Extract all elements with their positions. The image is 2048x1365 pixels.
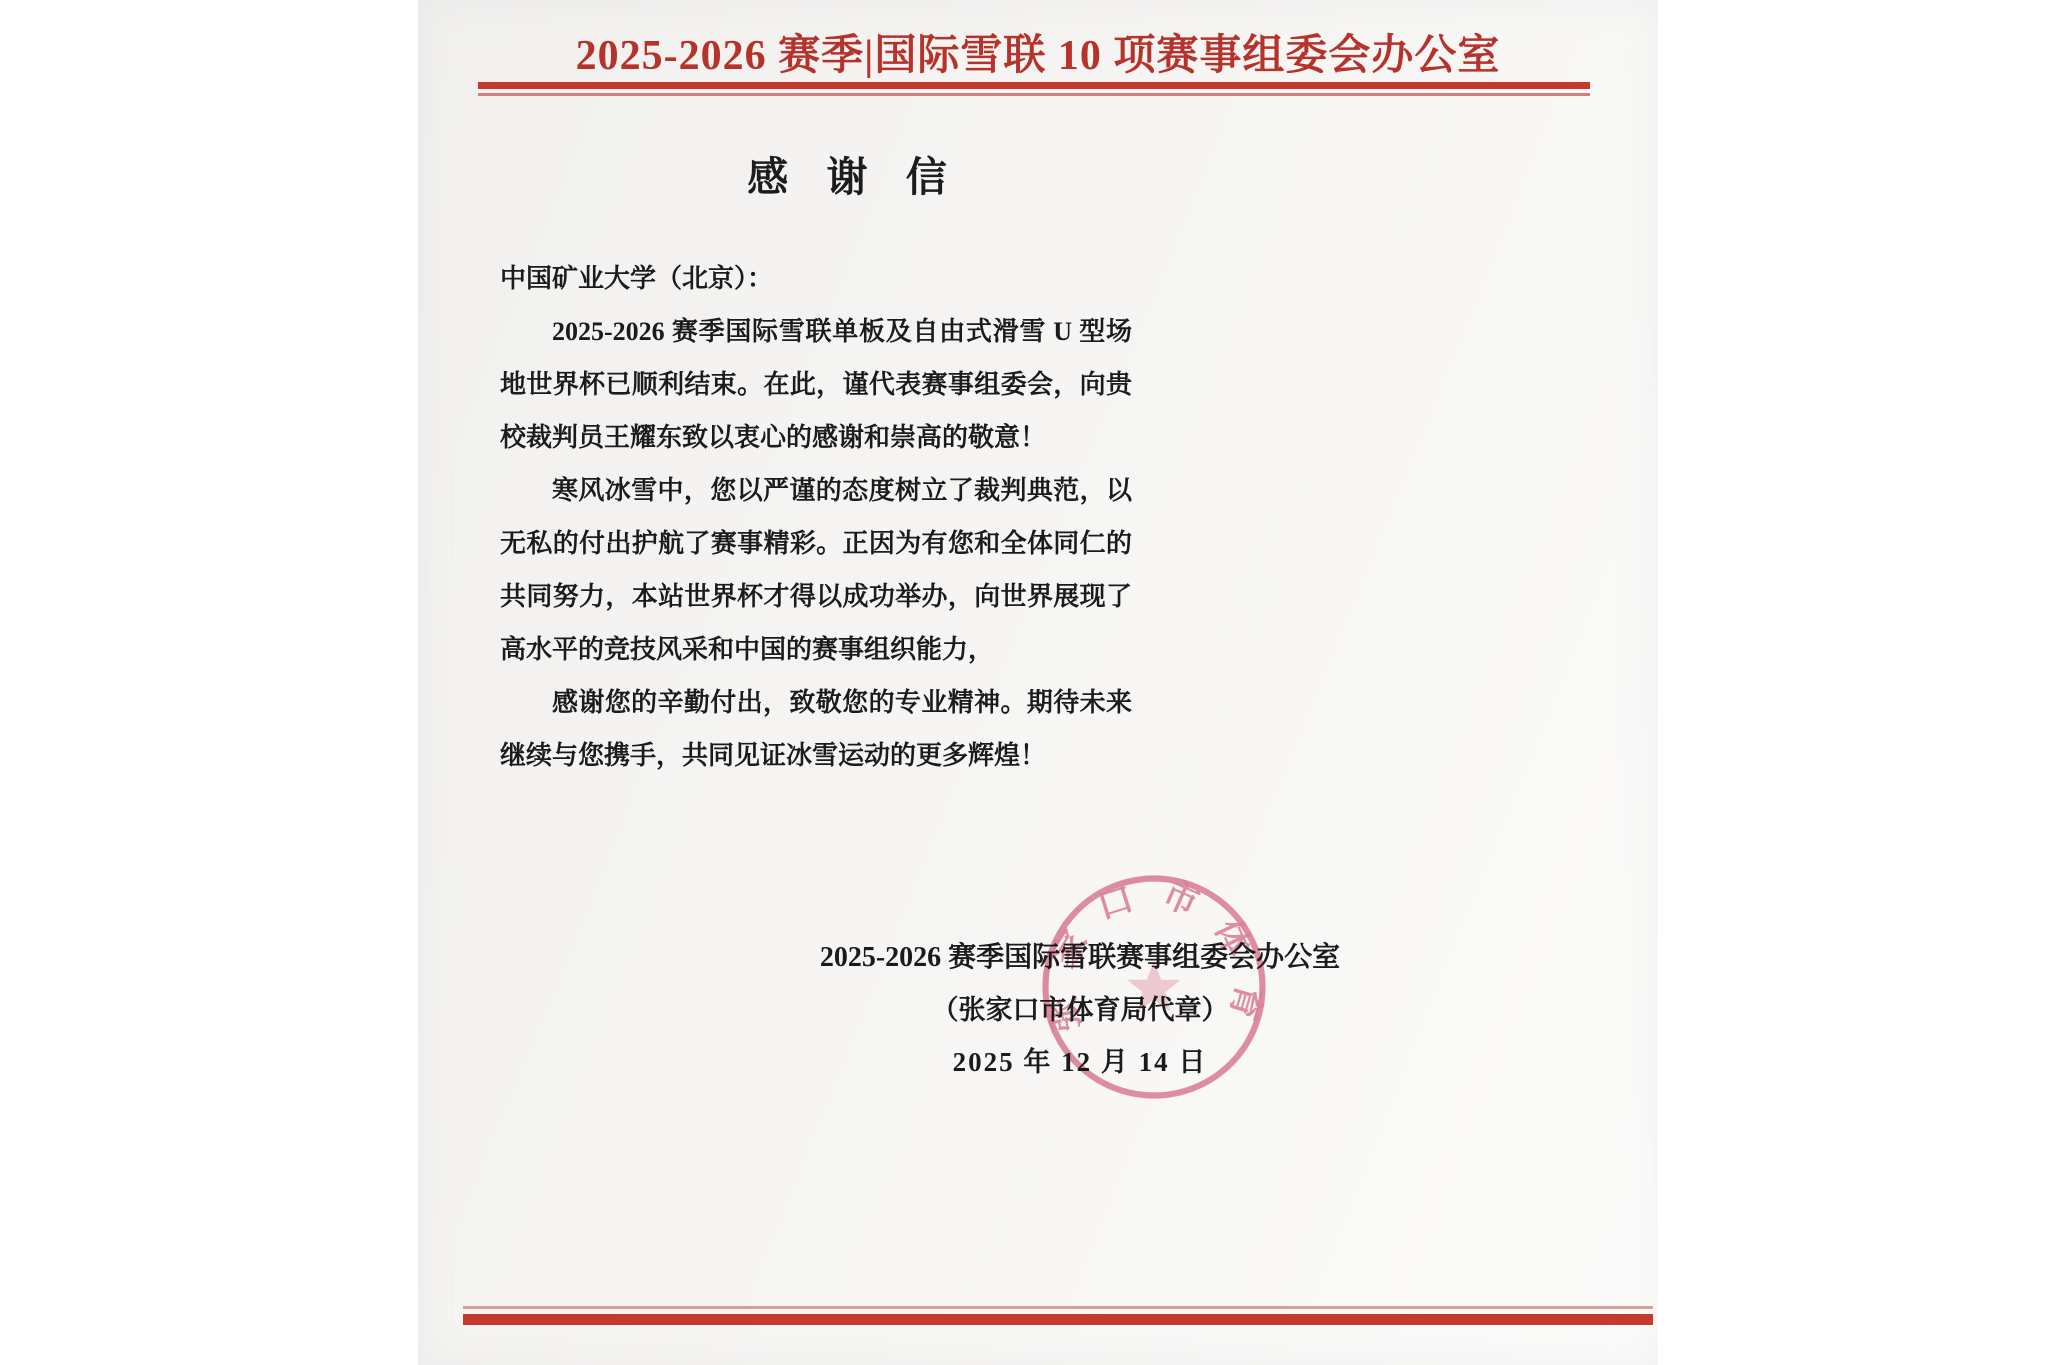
screenshot-root: 2025-2026 赛季|国际雪联 10 项赛事组委会办公室 感 谢 信 中国矿…: [0, 0, 2048, 1365]
scan-page: 2025-2026 赛季|国际雪联 10 项赛事组委会办公室 感 谢 信 中国矿…: [418, 0, 1658, 1365]
signature-block: 2025-2026 赛季国际雪联赛事组委会办公室 （张家口市体育局代章） 202…: [760, 932, 1400, 1088]
letter-paragraph-3: 感谢您的辛勤付出，致敬您的专业精神。期待未来继续与您携手，共同见证冰雪运动的更多…: [500, 676, 1132, 782]
letter-body: 中国矿业大学（北京）： 2025-2026 赛季国际雪联单板及自由式滑雪 U 型…: [500, 252, 1132, 782]
signature-date: 2025 年 12 月 14 日: [760, 1036, 1400, 1088]
footer-rule-thick: [463, 1314, 1653, 1325]
salutation: 中国矿业大学（北京）：: [500, 252, 1132, 305]
letterhead-rule-thin: [478, 93, 1590, 96]
letter-title: 感 谢 信: [498, 144, 1210, 203]
footer-rule-thin: [463, 1306, 1653, 1309]
signature-org: 2025-2026 赛季国际雪联赛事组委会办公室: [760, 932, 1400, 984]
letter-paragraph-2: 寒风冰雪中，您以严谨的态度树立了裁判典范，以无私的付出护航了赛事精彩。正因为有您…: [500, 464, 1132, 676]
letter-paragraph-1: 2025-2026 赛季国际雪联单板及自由式滑雪 U 型场地世界杯已顺利结束。在…: [500, 305, 1132, 464]
letterhead-title: 2025-2026 赛季|国际雪联 10 项赛事组委会办公室: [418, 22, 1658, 82]
letterhead-rule-thick: [478, 82, 1590, 89]
signature-note: （张家口市体育局代章）: [760, 984, 1400, 1036]
